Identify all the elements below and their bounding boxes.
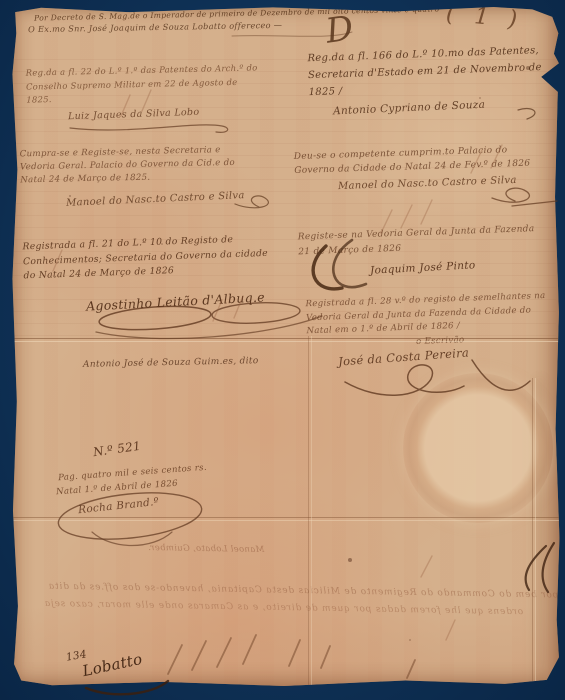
fold-crease-vertical-right: [532, 378, 536, 688]
conhecimentos-registration-note: Registrada a fl. 21 do L.º 10 do Registo…: [22, 232, 275, 284]
cumpra-se-note: Cumpra-se e Registe-se, nesta Secretaria…: [20, 144, 249, 188]
fold-crease-vertical-center: [308, 336, 312, 688]
signature-lobatto: Lobatto: [81, 650, 144, 680]
fold-crease-horizontal-upper: [8, 338, 560, 342]
fold-crease-horizontal-lower: [8, 517, 560, 521]
souza-guimaraes-note: Antonio José de Souza Guim.es, dito: [83, 356, 259, 370]
patentes-estado-registration-note: Reg.da a fl. 166 do L.º 10.mo das Patent…: [307, 42, 549, 101]
signature-jose-da-costa-pereira: José da Costa Pereira: [338, 345, 470, 368]
pressed-wafer-seal: [403, 373, 553, 523]
signature-rocha-brandao: Rocha Brand.º: [78, 496, 160, 516]
bleed-line-3: ordens que lhe forem dadas por quem de d…: [44, 599, 523, 617]
receipt-amount-line: Pag. quatro mil e seis centos rs.: [58, 463, 207, 483]
presenter-line: O Ex.mo Snr. José Joaquim de Souza Lobat…: [28, 20, 282, 34]
document-photo: { "palette": { "background_navy": "#0f32…: [0, 0, 565, 700]
foxing-specks: [348, 558, 352, 562]
folio-corner-mark: ( 1 ): [445, 6, 524, 33]
patentes-militar-registration-note: Reg.da a fl. 22 do L.º 1.º das Patentes …: [26, 61, 259, 107]
vedoria-registration-note: Registrada a fl. 28 v.º do registo de se…: [305, 290, 552, 339]
margin-note-bottom: 2/6: [8, 557, 17, 572]
bleed-line-1: Manoel Lobato, Guimber.: [148, 543, 264, 555]
flourish-letter-d: D: [323, 8, 356, 51]
manuscript-paper: Por Decreto de S. Mag.de o Imperador de …: [8, 6, 560, 688]
bleed-line-2: por bem do Commando do Regimento de Mili…: [48, 582, 559, 601]
receipt-number: N.º 521: [92, 439, 141, 460]
